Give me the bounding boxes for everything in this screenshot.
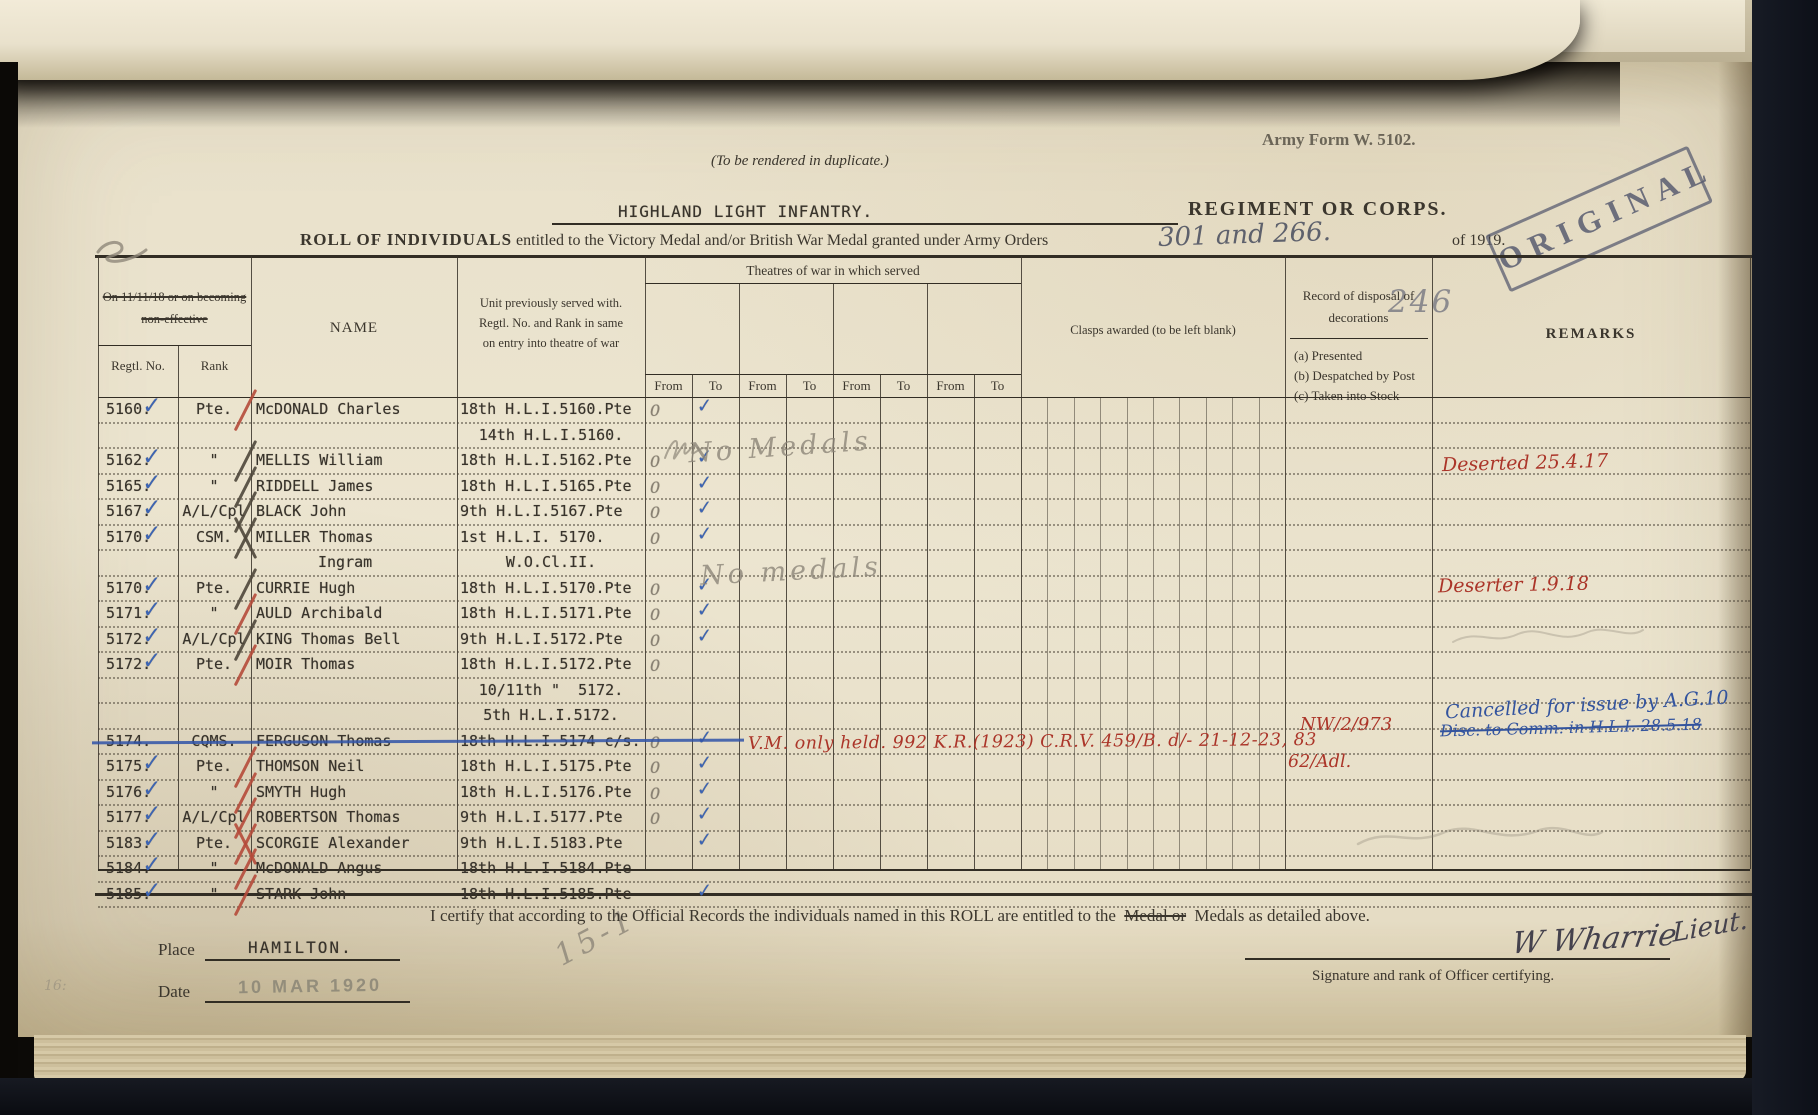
cell-unit: 9th H.L.I.5167.Pte <box>460 500 642 524</box>
col-header-unit-1: Unit previously served with. <box>457 296 645 311</box>
check-icon: ✓ <box>698 801 711 826</box>
table-row: 5160. Pte. McDONALD Charles 18th H.L.I.5… <box>98 398 1750 424</box>
cell-name: SCORGIE Alexander <box>256 832 456 856</box>
date-label: Date <box>158 982 190 1002</box>
pencil-zero-mark: 0 <box>650 476 660 500</box>
cell-name: KING Thomas Bell <box>256 628 456 652</box>
cell-regtl-no: 5170. <box>106 577 170 601</box>
col-header-disposal-b: (b) Despatched by Post <box>1294 368 1415 384</box>
cell-unit: 9th H.L.I.5172.Pte <box>460 628 642 652</box>
pencil-zero-mark: 0 <box>650 654 660 678</box>
check-icon: ✓ <box>144 826 160 851</box>
cell-regtl-no <box>106 679 170 703</box>
margin-note: 16: <box>44 978 67 994</box>
table-row: Ingram W.O.Cl.II. ✓ 0 ✓ <box>98 551 1750 577</box>
cell-name: MOIR Thomas <box>256 653 456 677</box>
cell-unit: 1st H.L.I. 5170. <box>460 526 642 550</box>
cell-regtl-no: 5172. <box>106 653 170 677</box>
scanned-medal-roll-page: Army Form W. 5102. (To be rendered in du… <box>0 0 1818 1115</box>
cell-unit: 9th H.L.I.5177.Pte <box>460 806 642 830</box>
col-header-effective-1: On 11/11/18 or on becoming <box>98 290 251 305</box>
col-header-from: From <box>739 378 786 394</box>
cell-name: RIDDELL James <box>256 475 456 499</box>
check-icon: ✓ <box>698 521 711 546</box>
check-icon: ✓ <box>698 750 711 775</box>
duplicate-note: (To be rendered in duplicate.) <box>590 153 1010 170</box>
col-header-from: From <box>645 378 692 394</box>
table-row: 5172. Pte. MOIR Thomas 18th H.L.I.5172.P… <box>98 653 1750 679</box>
pencil-zero-mark: 0 <box>650 527 660 551</box>
check-icon: ✓ <box>144 749 160 774</box>
check-icon: ✓ <box>698 597 711 622</box>
col-header-remarks: REMARKS <box>1432 326 1750 343</box>
pencil-zero-mark: 0 <box>650 578 660 602</box>
table-row: 14th H.L.I.5160. ✓ 0 ✓ <box>98 424 1750 450</box>
regiment-value: HIGHLAND LIGHT INFANTRY. <box>618 202 873 221</box>
col-header-regtl-no: Regtl. No. <box>98 358 178 374</box>
table-row: 5185. " STARK John 18th H.L.I.5185.Pte ✓… <box>98 883 1750 909</box>
place-value: HAMILTON. <box>248 938 353 957</box>
check-icon: ✓ <box>144 571 160 596</box>
col-header-from: From <box>833 378 880 394</box>
cell-name: MELLIS William <box>256 449 456 473</box>
check-icon: ✓ <box>144 622 160 647</box>
col-header-rank: Rank <box>178 358 251 374</box>
table-top-rule <box>95 255 1752 258</box>
signature-caption: Signature and rank of Officer certifying… <box>1312 968 1554 985</box>
cell-name: STARK John <box>256 883 456 907</box>
disposal-rule <box>1290 338 1428 339</box>
check-icon: ✓ <box>144 392 160 417</box>
cell-name: SMYTH Hugh <box>256 781 456 805</box>
pencil-zero-mark: 0 <box>650 782 660 806</box>
cell-regtl-no: 5160. <box>106 398 170 422</box>
pencil-scribble <box>1350 820 1610 856</box>
certify-pre: I certify that according to the Official… <box>430 906 1116 925</box>
roll-title: ROLL OF INDIVIDUALS entitled to the Vict… <box>300 230 1048 250</box>
check-icon: ✓ <box>144 775 160 800</box>
col-header-unit-2: Regtl. No. and Rank in same <box>457 316 645 331</box>
date-stamp: 10 MAR 1920 <box>238 975 382 999</box>
cell-unit: 18th H.L.I.5176.Pte <box>460 781 642 805</box>
col-header-to: To <box>692 378 739 394</box>
check-icon: ✓ <box>144 647 160 672</box>
cell-unit: 18th H.L.I.5184.Pte <box>460 857 642 881</box>
check-icon: ✓ <box>698 495 711 520</box>
check-icon: ✓ <box>144 851 160 876</box>
col-header-name: NAME <box>251 320 457 337</box>
cell-name: CURRIE Hugh <box>256 577 456 601</box>
check-icon: ✓ <box>698 776 711 801</box>
cell-regtl-no: 5165. <box>106 475 170 499</box>
annotation-deserted: Deserted 25.4.17 <box>1442 450 1609 476</box>
book-cover-right <box>1752 0 1818 1115</box>
army-orders-handwritten: 301 and 266. <box>1158 217 1332 253</box>
certify-struck: Medal or <box>1124 906 1186 925</box>
cell-regtl-no: 5185. <box>106 883 170 907</box>
cell-rank <box>178 679 250 703</box>
pencil-scribble <box>1448 620 1648 654</box>
check-icon: ✓ <box>698 623 711 648</box>
pen-squiggle <box>92 238 152 264</box>
col-header-from: From <box>927 378 974 394</box>
pencil-zero-mark: 0 <box>650 603 660 627</box>
cell-unit: 18th H.L.I.5185.Pte <box>460 883 642 907</box>
annotation-nw-ref: NW/2/973 <box>1300 714 1392 735</box>
regiment-underline <box>552 223 1178 225</box>
table-row: 5170. CSM. MILLER Thomas 1st H.L.I. 5170… <box>98 526 1750 552</box>
cell-name: BLACK John <box>256 500 456 524</box>
cell-name <box>256 679 456 703</box>
table-row: 5175. Pte. THOMSON Neil 18th H.L.I.5175.… <box>98 755 1750 781</box>
col-header-theatres: Theatres of war in which served <box>645 263 1021 279</box>
cell-unit: 18th H.L.I.5170.Pte <box>460 577 642 601</box>
date-underline <box>205 1001 410 1003</box>
check-icon: ✓ <box>698 878 711 903</box>
check-icon: ✓ <box>698 725 711 750</box>
cell-regtl-no <box>106 704 170 728</box>
pencil-zero-mark: 0 <box>650 756 660 780</box>
cell-name <box>256 704 456 728</box>
cell-regtl-no: 5184. <box>106 857 170 881</box>
check-icon: ✓ <box>144 800 160 825</box>
cell-unit: 18th H.L.I.5162.Pte <box>460 449 642 473</box>
cell-unit: 18th H.L.I.5172.Pte <box>460 653 642 677</box>
col-header-clasps: Clasps awarded (to be left blank) <box>1021 323 1285 338</box>
pencil-zero-mark: 0 <box>650 629 660 653</box>
cell-regtl-no: 5171. <box>106 602 170 626</box>
signature-underline <box>1245 958 1670 960</box>
place-label: Place <box>158 940 195 960</box>
col-header-to: To <box>974 378 1021 394</box>
check-icon: ✓ <box>698 470 711 495</box>
book-cover-bottom <box>0 1078 1818 1115</box>
place-underline <box>205 959 400 961</box>
cell-regtl-no <box>106 551 170 575</box>
cell-name: THOMSON Neil <box>256 755 456 779</box>
check-icon: ✓ <box>144 494 160 519</box>
cell-unit: W.O.Cl.II. <box>460 551 642 575</box>
check-icon: ✓ <box>698 393 711 418</box>
cell-unit: 18th H.L.I.5165.Pte <box>460 475 642 499</box>
cell-unit: 18th H.L.I.5171.Pte <box>460 602 642 626</box>
cell-regtl-no <box>106 424 170 448</box>
check-icon: ✓ <box>144 469 160 494</box>
roll-title-rest: entitled to the Victory Medal and/or Bri… <box>516 232 1048 249</box>
audit-slash-mark <box>224 874 268 916</box>
roll-title-bold: ROLL OF INDIVIDUALS <box>300 230 512 249</box>
col-header-to: To <box>786 378 833 394</box>
cell-regtl-no: 5170. <box>106 526 170 550</box>
cell-name: ROBERTSON Thomas <box>256 806 456 830</box>
col-header-disposal-2: decorations <box>1285 310 1432 326</box>
check-icon: ✓ <box>144 443 160 468</box>
cell-unit: 14th H.L.I.5160. <box>460 424 642 448</box>
cell-name <box>256 424 456 448</box>
col-header-effective-2: non-effective <box>98 312 251 327</box>
table-row: 5176. " SMYTH Hugh 18th H.L.I.5176.Pte ✓… <box>98 781 1750 807</box>
table-row: 5184. " McDONALD Angus 18th H.L.I.5184.P… <box>98 857 1750 883</box>
page-stack-edge <box>34 1035 1746 1081</box>
pencil-zero-mark: 0 <box>650 501 660 525</box>
cell-name: AULD Archibald <box>256 602 456 626</box>
cell-regtl-no: 5172. <box>106 628 170 652</box>
pencil-zero-mark: 0 <box>650 399 660 423</box>
col-header-disposal-1: Record of disposal of <box>1285 288 1432 304</box>
cell-unit: 18th H.L.I.5175.Pte <box>460 755 642 779</box>
book-cover-left <box>0 62 18 1078</box>
army-form-number: Army Form W. 5102. <box>1262 130 1415 150</box>
cell-name: MILLER Thomas <box>256 526 456 550</box>
cell-regtl-no: 5183. <box>106 832 170 856</box>
cell-regtl-no: 5162. <box>106 449 170 473</box>
cell-regtl-no: 5167. <box>106 500 170 524</box>
annotation-vm-only: V.M. only held. 992 K.R.(1923) C.R.V. 45… <box>748 730 1317 754</box>
cell-unit: 18th H.L.I.5160.Pte <box>460 398 642 422</box>
table-row: 5167. A/L/Cpl BLACK John 9th H.L.I.5167.… <box>98 500 1750 526</box>
pencil-zero-mark: 0 <box>650 807 660 831</box>
cell-regtl-no: 5176. <box>106 781 170 805</box>
cell-unit: 9th H.L.I.5183.Pte <box>460 832 642 856</box>
cell-rank <box>178 704 250 728</box>
annotation-vm-only-cont: 62/Adl. <box>1288 752 1351 772</box>
check-icon: ✓ <box>698 827 711 852</box>
annotation-deserter: Deserter 1.9.18 <box>1438 573 1589 598</box>
cell-regtl-no: 5175. <box>106 755 170 779</box>
cell-name: McDONALD Angus <box>256 857 456 881</box>
table-row: 5165. " RIDDELL James 18th H.L.I.5165.Pt… <box>98 475 1750 501</box>
col-header-disposal-a: (a) Presented <box>1294 348 1362 364</box>
cell-name: McDONALD Charles <box>256 398 456 422</box>
check-icon: ✓ <box>144 877 160 902</box>
cell-regtl-no: 5177. <box>106 806 170 830</box>
effective-rule <box>98 345 251 346</box>
col-header-to: To <box>880 378 927 394</box>
cell-unit: 10/11th " 5172. <box>460 679 642 703</box>
cell-unit: 5th H.L.I.5172. <box>460 704 642 728</box>
pencil-zero-mark: 0 <box>650 731 660 755</box>
curled-page-top <box>0 0 1580 80</box>
pencil-scribble <box>655 428 725 468</box>
check-icon: ✓ <box>144 596 160 621</box>
certify-post: Medals as detailed above. <box>1194 906 1370 925</box>
certification-line: I certify that according to the Official… <box>340 906 1460 926</box>
col-header-unit-3: on entry into theatre of war <box>457 336 645 351</box>
check-icon: ✓ <box>144 520 160 545</box>
